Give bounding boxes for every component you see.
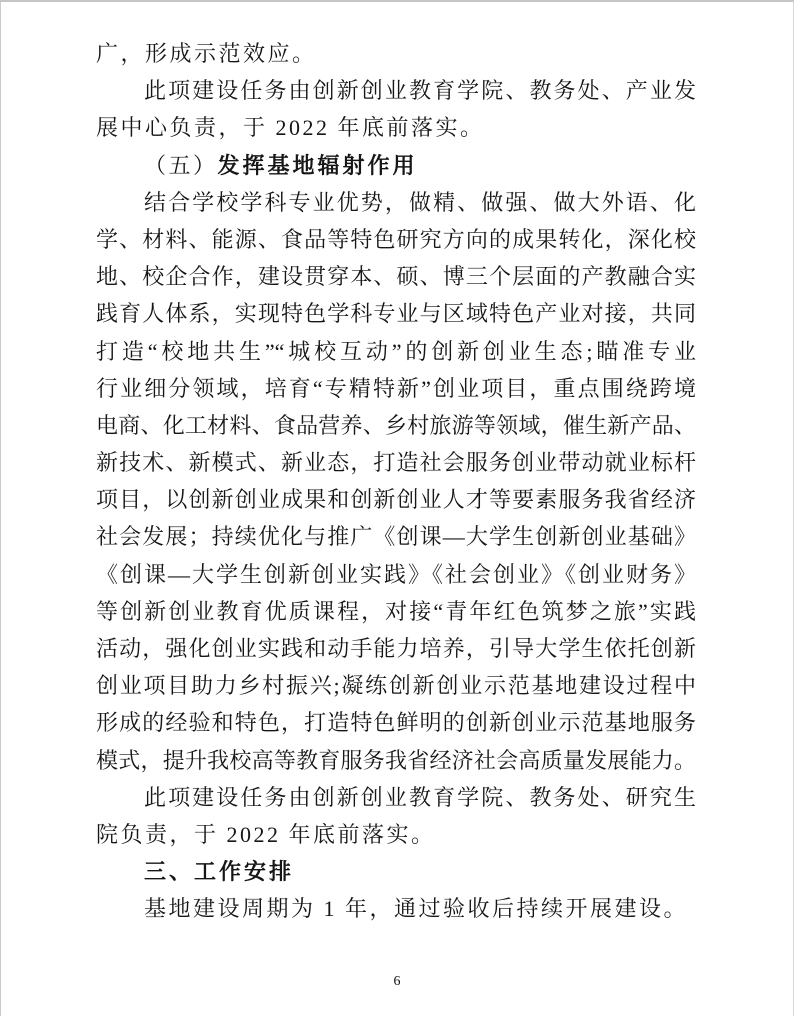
section-heading-text: 发挥基地辐射作用 xyxy=(218,153,418,178)
text-line: 结合学校学科专业优势，做精、做强、做大外语、化 xyxy=(96,184,696,221)
text-line: 活动，强化创业实践和动手能力培养，引导大学生依托创新 xyxy=(96,630,696,667)
text-line: 院负责，于 2022 年底前落实。 xyxy=(96,816,696,853)
text-line: 打造“校地共生”“城校互动”的创新创业生态;瞄准专业 xyxy=(96,333,696,370)
text-line: 模式，提升我校高等教育服务我省经济社会高质量发展能力。 xyxy=(96,742,696,779)
document-page: 广，形成示范效应。 此项建设任务由创新创业教育学院、教务处、产业发 展中心负责，… xyxy=(0,0,794,1016)
text-line: 基地建设周期为 1 年，通过验收后持续开展建设。 xyxy=(96,890,696,927)
text-line: 新技术、新模式、新业态，打造社会服务创业带动就业标杆 xyxy=(96,444,696,481)
section-heading: 三、工作安排 xyxy=(96,853,696,890)
section-heading: （五）发挥基地辐射作用 xyxy=(96,147,696,184)
text-line: 电商、化工材料、食品营养、乡村旅游等领域，催生新产品、 xyxy=(96,407,696,444)
text-line: 行业细分领域，培育“专精特新”创业项目，重点围绕跨境 xyxy=(96,370,696,407)
text-line: 学、材料、能源、食品等特色研究方向的成果转化，深化校 xyxy=(96,221,696,258)
text-line: 广，形成示范效应。 xyxy=(96,35,696,72)
text-line: 此项建设任务由创新创业教育学院、教务处、研究生 xyxy=(96,779,696,816)
text-line: 创业项目助力乡村振兴;凝练创新创业示范基地建设过程中 xyxy=(96,667,696,704)
text-line: 《创课—大学生创新创业实践》《社会创业》《创业财务》 xyxy=(96,556,696,593)
text-line: 践育人体系，实现特色学科专业与区域特色产业对接，共同 xyxy=(96,295,696,332)
text-line: 展中心负责，于 2022 年底前落实。 xyxy=(96,109,696,146)
text-line: 社会发展；持续优化与推广《创课—大学生创新创业基础》 xyxy=(96,518,696,555)
text-line: 此项建设任务由创新创业教育学院、教务处、产业发 xyxy=(96,72,696,109)
text-line: 等创新创业教育优质课程，对接“青年红色筑梦之旅”实践 xyxy=(96,593,696,630)
text-line: 形成的经验和特色，打造特色鲜明的创新创业示范基地服务 xyxy=(96,704,696,741)
page-content: 广，形成示范效应。 此项建设任务由创新创业教育学院、教务处、产业发 展中心负责，… xyxy=(1,2,793,928)
section-number: （五） xyxy=(144,153,218,178)
text-line: 地、校企合作，建设贯穿本、硕、博三个层面的产教融合实 xyxy=(96,258,696,295)
text-line: 项目，以创新创业成果和创新创业人才等要素服务我省经济 xyxy=(96,481,696,518)
page-number: 6 xyxy=(1,974,793,990)
